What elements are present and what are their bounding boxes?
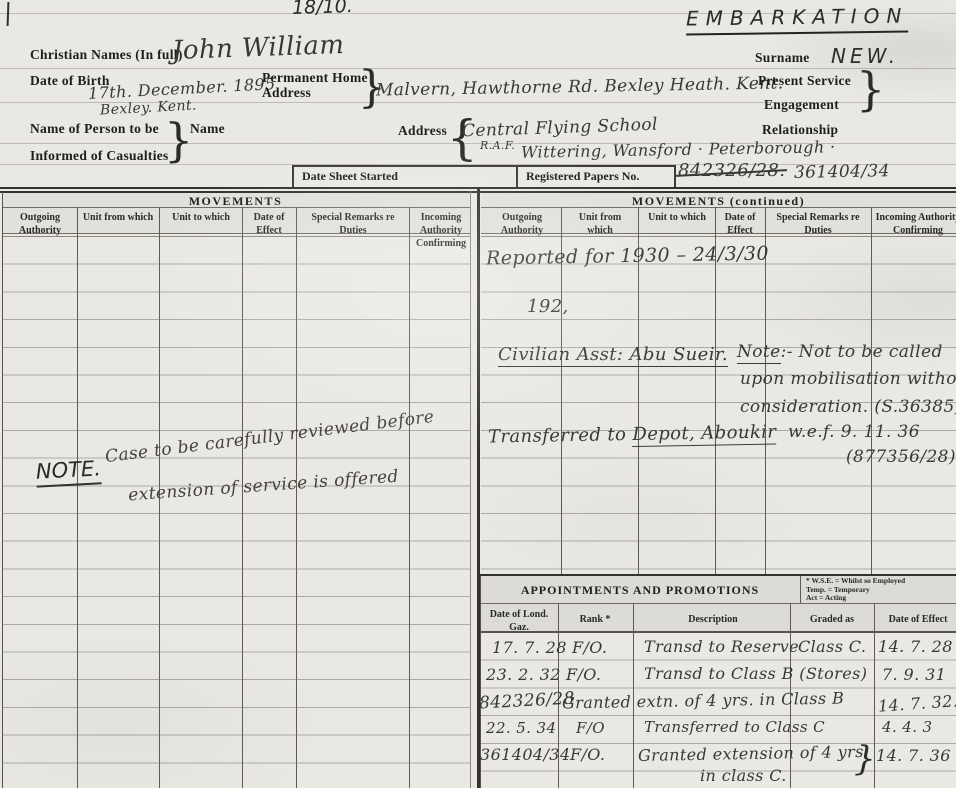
appt-rank: F/O.: [572, 638, 607, 657]
col-header: Rank *: [562, 613, 628, 626]
movement-note: consideration. (S.36385): [740, 397, 956, 417]
table-line: [800, 576, 801, 603]
col-header: Unit to which: [642, 211, 712, 224]
home-address-label-1: Permanent Home: [262, 70, 368, 86]
home-address-value: Malvern, Hawthorne Rd. Bexley Heath. Ken…: [376, 73, 784, 100]
col-header: Date of Effect: [716, 211, 764, 237]
service-record-form: 18/10. EMBARKATION Christian Names (In f…: [0, 0, 956, 788]
registered-papers-label: Registered Papers No.: [526, 169, 639, 184]
table-line: [480, 603, 956, 604]
appt-effect: 14. 7. 36: [876, 746, 951, 765]
ruled-line: [0, 68, 956, 69]
appt-description: Transferred to Class C: [644, 718, 825, 736]
present-service-label: Present Service: [758, 73, 851, 89]
appt-gazette: 22. 5. 34: [486, 719, 556, 737]
col-header: Description: [640, 613, 786, 626]
movement-unit: Civilian Asst: Abu Sueir.: [498, 344, 728, 367]
col-header: Special Remarks re Duties: [768, 211, 868, 237]
casualties-label-1: Name of Person to be: [30, 121, 159, 137]
movement-entry: Civilian Asst: Abu Sueir.: [498, 344, 728, 365]
appt-description: Transd to Reserve: [644, 637, 799, 656]
brace-icon: }: [854, 742, 876, 776]
col-header: Unit from which: [565, 211, 635, 237]
appt-description: Granted extension of 4 yrs: [638, 742, 864, 765]
movement-unit: Depot, Aboukir: [632, 421, 776, 447]
movement-entry: Transferred to Depot, Aboukir: [488, 421, 777, 447]
page-title: EMBARKATION: [686, 3, 909, 35]
appt-rank: F/O.: [570, 745, 605, 764]
christian-names-label: Christian Names (In full): [30, 47, 183, 63]
date-sheet-label: Date Sheet Started: [302, 169, 398, 184]
appt-effect: 7. 9. 31: [882, 665, 946, 684]
movement-entry: 192,: [527, 296, 569, 317]
appt-description-2: in class C.: [700, 766, 787, 785]
appointments-title: APPOINTMENTS AND PROMOTIONS: [480, 583, 800, 598]
col-header: Outgoing Authority: [6, 211, 74, 237]
movement-ref: (877356/28): [846, 447, 956, 467]
table-line: [2, 207, 471, 208]
appt-gazette: 23. 2. 32: [486, 665, 561, 684]
appt-graded: Class C.: [798, 637, 866, 656]
table-line: [481, 207, 956, 208]
registered-no-struck: 842326/28.: [678, 160, 785, 181]
note-word: Note: [737, 342, 781, 364]
note-label: NOTE.: [35, 456, 101, 487]
appt-rank: F/O.: [566, 665, 601, 684]
relationship-label: Relationship: [762, 122, 838, 138]
appt-rank: F/O: [576, 719, 605, 737]
movement-note: upon mobilisation without spec: [740, 369, 956, 389]
appt-effect: 4. 4. 3: [882, 718, 933, 736]
top-annotation: 18/10.: [292, 0, 354, 19]
appt-gazette: 361404/34: [480, 745, 570, 764]
registered-papers-box: Registered Papers No.: [516, 165, 676, 189]
col-header: Unit to which: [164, 211, 238, 224]
appt-gazette: 17. 7. 28: [492, 638, 567, 657]
movements-left-body: [2, 237, 470, 788]
engagement-label: Engagement: [764, 97, 839, 113]
christian-names-value: John William: [172, 30, 345, 66]
col-header: Graded as: [792, 613, 872, 626]
nok-address-value-3: Wittering, Wansford · Peterborough ·: [521, 137, 836, 161]
table-line: [470, 191, 471, 788]
col-header: Date of Effect: [243, 211, 295, 237]
appointments-legend: * W.S.E. = Whilst so Employed Temp. = Te…: [806, 577, 905, 603]
note-text: :- Not to be called: [781, 342, 943, 362]
surname-label: Surname: [755, 50, 810, 66]
col-header: Unit from which: [82, 211, 154, 224]
home-address-label-2: Address: [262, 85, 311, 101]
nok-address-value-1: Central Flying School: [462, 115, 658, 142]
appt-effect: 14. 7. 28: [878, 637, 953, 656]
movement-wef: w.e.f. 9. 11. 36: [788, 422, 920, 442]
nok-address-value-2: R.A.F.: [480, 139, 515, 152]
col-header: Outgoing Authority: [487, 211, 557, 237]
nok-name-label: Name: [190, 121, 225, 137]
legend-line: Act = Acting: [806, 594, 905, 603]
col-header: Incoming Authority Confirming: [874, 211, 956, 237]
brace-icon: }: [164, 117, 193, 163]
movement-note: Note:- Not to be called: [737, 342, 943, 362]
appt-description: Transd to Class B (Stores): [644, 664, 867, 683]
col-header: Special Remarks re Duties: [300, 211, 406, 237]
registered-no: 361404/34: [794, 161, 890, 183]
date-sheet-box: Date Sheet Started: [292, 165, 518, 189]
brace-icon: }: [856, 66, 885, 112]
movement-text: Transferred to: [488, 424, 633, 448]
scan-mark: [7, 2, 10, 26]
col-header: Date of Effect: [876, 613, 956, 626]
casualties-label-2: Informed of Casualties: [30, 148, 169, 164]
nok-address-label: Address: [398, 123, 447, 139]
